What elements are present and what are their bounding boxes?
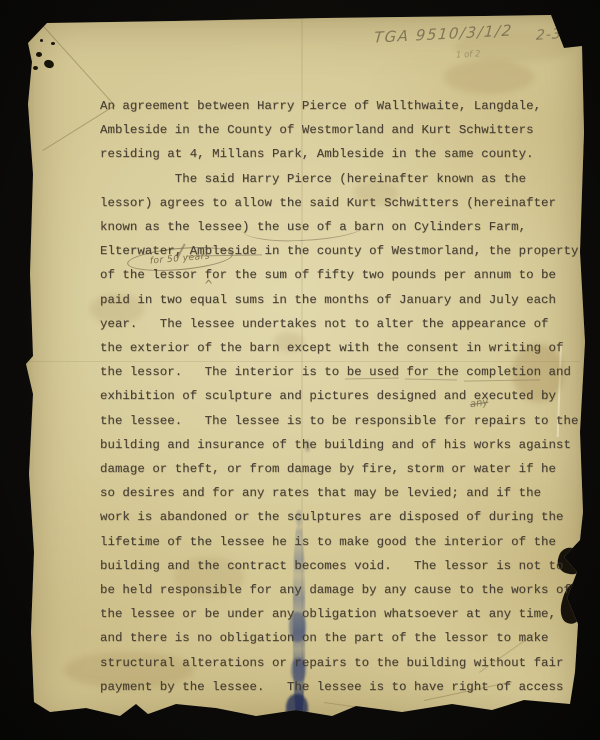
text-line: Ambleside in the County of Westmorland a… — [100, 118, 578, 142]
text-line: Elterwater, Ambleside in the county of W… — [100, 239, 578, 263]
ink-speck — [36, 52, 42, 57]
wrinkle-crease — [324, 702, 384, 712]
document-page: TGA 9510/3/1/2 2-3 1 of 2 for 50 years ^… — [24, 12, 586, 730]
scan-background: { "colors": { "bg": "#0b0a08", "paper": … — [0, 0, 600, 740]
text-line: lessor) agrees to allow the said Kurt Sc… — [100, 191, 578, 215]
archive-note: 1 of 2 — [456, 49, 481, 60]
text-line: the lessee. The lessee is to be responsi… — [100, 409, 578, 433]
text-line: An agreement between Harry Pierce of Wal… — [100, 94, 578, 118]
text-line: payment by the lessee. The lessee is to … — [100, 675, 578, 699]
text-line: the exterior of the barn except with the… — [100, 336, 578, 360]
text-line: paid in two equal sums in the months of … — [100, 288, 578, 312]
text-line: work is abandoned or the sculptures are … — [100, 505, 578, 529]
text-line: building and the contract becomes void. … — [100, 554, 578, 578]
text-line: year. The lessee undertakes not to alter… — [100, 312, 578, 336]
text-line: known as the lessee) the use of a barn o… — [100, 215, 578, 239]
text-line: so desires and for any rates that may be… — [100, 481, 578, 505]
ink-speck — [33, 66, 38, 70]
text-line: lifetime of the lessee he is to make goo… — [100, 530, 578, 554]
text-line: be held responsible for any damage by an… — [100, 578, 578, 602]
text-line: building and insurance of the building a… — [100, 433, 578, 457]
text-line: damage or theft, or from damage by fire,… — [100, 457, 578, 481]
text-line: the lessor. The interior is to be used f… — [100, 360, 578, 384]
text-line: the lessee or be under any obligation wh… — [100, 602, 578, 626]
archive-page-number: 2-3 — [536, 26, 562, 44]
ink-speck — [51, 42, 55, 45]
ink-speck — [40, 39, 43, 42]
text-line: residing at 4, Millans Park, Ambleside i… — [100, 142, 578, 166]
typewritten-text: An agreement between Harry Pierce of Wal… — [100, 94, 578, 699]
text-line: The said Harry Pierce (hereinafter known… — [100, 167, 578, 191]
foxing-stain — [444, 60, 534, 94]
text-line: exhibition of sculpture and pictures des… — [100, 384, 578, 408]
text-line: and there is no obligation on the part o… — [100, 626, 578, 650]
ink-speck — [43, 59, 55, 70]
text-line: structural alterations or repairs to the… — [100, 651, 578, 675]
text-line: of the lessor for the sum of fifty two p… — [100, 263, 578, 287]
